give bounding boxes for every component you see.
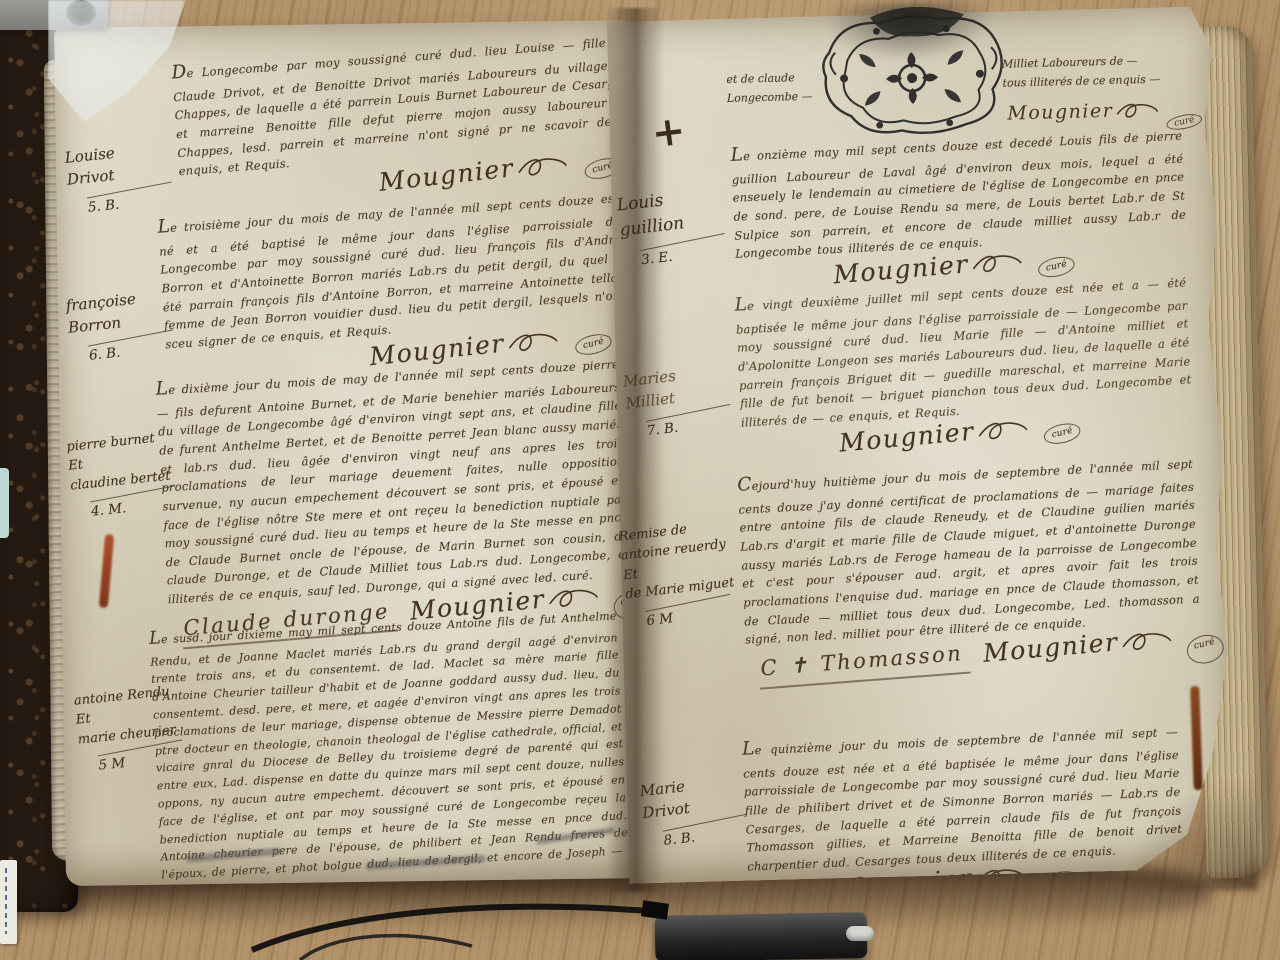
archive-label-sticker (0, 860, 17, 944)
marriage-certificate-entry-reuerdy-miguet: Cejourd'huy huitième jour du mois de sep… (737, 448, 1203, 688)
baptism-entry-louise-drivot: De Longecombe par moy soussigné curé dud… (170, 25, 638, 209)
burial-entry-louis-guillion: Le onzième may mil sept cents douze est … (730, 120, 1189, 292)
entry-text: Le vingt deuxième juillet mil sept cents… (734, 266, 1193, 432)
carryover-fragment-right: Milliet Laboureurs de — tous illiterés d… (1002, 50, 1203, 93)
margin-tally: 6. B. (70, 333, 176, 368)
cure-title: curé (1184, 631, 1226, 666)
baptism-entry-marie-milliet: Le vingt deuxième juillet mil sept cents… (734, 266, 1194, 459)
blue-bookmark-sliver (0, 468, 9, 538)
margin-name: pierre burnet Et claudine bertet (66, 430, 172, 493)
entry-text: Le dixième jour du mois de may de l'anné… (155, 348, 632, 609)
entry-text: Le susd. jour dixième may mil sept cents… (148, 600, 629, 884)
margin-name: Louise Drivot (64, 143, 116, 188)
entry-text: Cejourd'huy huitième jour du mois de sep… (737, 448, 1201, 650)
stapler-object (655, 912, 868, 960)
marriage-entry-rendu-cheurier: Le susd. jour dixième may mil sept cents… (148, 600, 629, 884)
book-gutter (606, 8, 664, 892)
ornamental-ink-stamp-icon (806, 2, 1023, 149)
torn-page-corner-shadow (1108, 760, 1258, 890)
small-light-object (846, 926, 874, 941)
carryover-fragment-left: et de claude Longecombe — (726, 69, 813, 109)
margin-name: françoise Borron (65, 289, 137, 336)
left-page: Louise Drivot 5. B. françoise Borron 6. … (54, 20, 654, 886)
cure-title: curé (1042, 420, 1083, 447)
photograph-of-parish-register: { "document": { "type": "parish-register… (0, 0, 1280, 960)
